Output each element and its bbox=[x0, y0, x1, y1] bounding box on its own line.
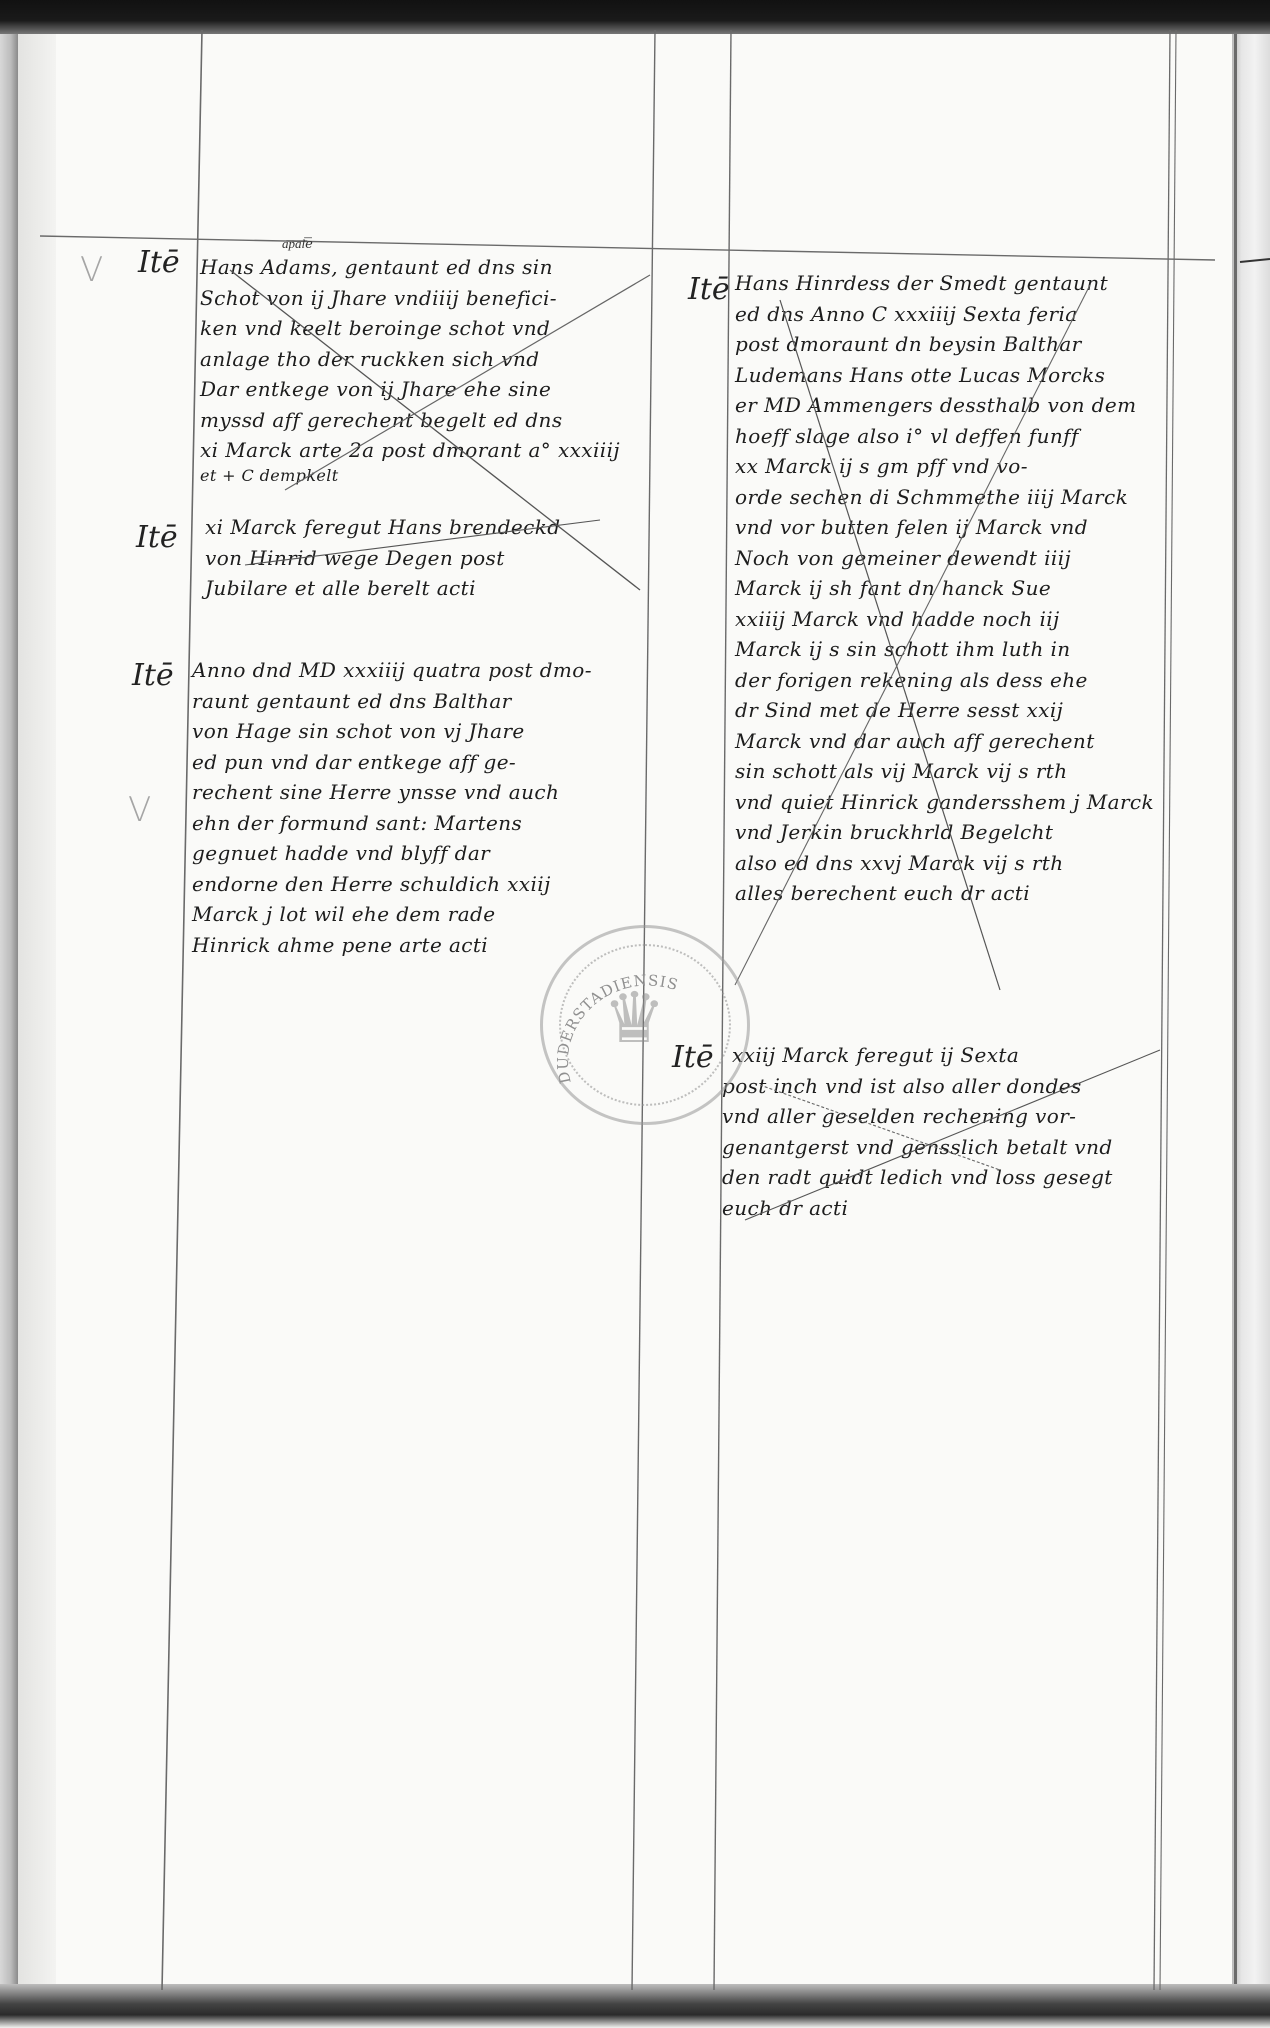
ledger-entry: Hans Hinrdess der Smedt gentaunt ed dns … bbox=[735, 268, 1154, 909]
entry-line: xxiij Marck feregut ij Sexta bbox=[722, 1040, 1113, 1071]
margin-check-mark: V bbox=[128, 790, 151, 830]
entry-line: vnd quiet Hinrick gandersshem j Marck bbox=[735, 787, 1154, 818]
manuscript-scan: V V Itē a͞p͞a͞l͞e Hans Adams, gentaunt e… bbox=[0, 0, 1270, 2028]
entry-line: ed dns Anno C xxxiiij Sexta feria bbox=[735, 299, 1154, 330]
entry-line: gegnuet hadde vnd blyff dar bbox=[192, 838, 592, 869]
entry-line: vnd Jerkin bruckhrld Begelcht bbox=[735, 817, 1154, 848]
entry-line: der forigen rekening als dess ehe bbox=[735, 665, 1154, 696]
ledger-entry: Hans Adams, gentaunt ed dns sin Schot vo… bbox=[200, 252, 620, 486]
entry-line: alles berechent euch dr acti bbox=[735, 878, 1154, 909]
entry-line: Ludemans Hans otte Lucas Morcks bbox=[735, 360, 1154, 391]
entry-line: xx Marck ij s gm pff vnd vo- bbox=[735, 451, 1154, 482]
entry-line: xi Marck feregut Hans brendeckd bbox=[205, 512, 561, 543]
item-mark: Itē bbox=[132, 658, 174, 693]
entry-line: et + C dempkelt bbox=[200, 466, 620, 486]
entry-line: Hans Hinrdess der Smedt gentaunt bbox=[735, 268, 1154, 299]
entry-line: orde sechen di Schmmethe iiij Marck bbox=[735, 482, 1154, 513]
entry-line: endorne den Herre schuldich xxiij bbox=[192, 869, 592, 900]
interlinear-insertion: a͞p͞a͞l͞e bbox=[282, 236, 313, 252]
entry-line: Marck vnd dar auch aff gerechent bbox=[735, 726, 1154, 757]
entry-line: Marck ij s sin schott ihm luth in bbox=[735, 634, 1154, 665]
entry-line: Marck ij sh fant dn hanck Sue bbox=[735, 573, 1154, 604]
archive-seal-stamp: DUDERSTADIENSIS ♛ bbox=[540, 925, 750, 1125]
margin-check-mark: V bbox=[80, 250, 103, 290]
entry-line: von Hage sin schot von vj Jhare bbox=[192, 716, 592, 747]
entry-line: post dmoraunt dn beysin Balthar bbox=[735, 329, 1154, 360]
lion-icon: ♛ bbox=[603, 983, 666, 1053]
entry-line: post inch vnd ist also aller dondes bbox=[722, 1071, 1113, 1102]
entry-line: Dar entkege von ij Jhare ehe sine bbox=[200, 374, 620, 405]
entry-line: den radt quidt ledich vnd loss gesegt bbox=[722, 1162, 1113, 1193]
entry-line: dr Sind met de Herre sesst xxij bbox=[735, 695, 1154, 726]
entry-line: anlage tho der ruckken sich vnd bbox=[200, 344, 620, 375]
entry-line: vnd aller geselden rechening vor- bbox=[722, 1101, 1113, 1132]
entry-line: ehn der formund sant: Martens bbox=[192, 808, 592, 839]
ledger-entry: Anno dnd MD xxxiiij quatra post dmo- rau… bbox=[192, 655, 592, 960]
entry-line: von Hinrid wege Degen post bbox=[205, 543, 561, 574]
entry-line: ken vnd keelt beroinge schot vnd bbox=[200, 313, 620, 344]
entry-line: vnd vor butten felen ij Marck vnd bbox=[735, 512, 1154, 543]
entry-line: Noch von gemeiner dewendt iiij bbox=[735, 543, 1154, 574]
ledger-entry: xi Marck feregut Hans brendeckd von Hinr… bbox=[205, 512, 561, 604]
item-mark: Itē bbox=[136, 520, 178, 555]
entry-line: raunt gentaunt ed dns Balthar bbox=[192, 686, 592, 717]
entry-line: Schot von ij Jhare vndiiij benefici- bbox=[200, 283, 620, 314]
entry-line: xi Marck arte 2a post dmorant a° xxxiiij bbox=[200, 435, 620, 466]
entry-line: Anno dnd MD xxxiiij quatra post dmo- bbox=[192, 655, 592, 686]
entry-line: Jubilare et alle berelt acti bbox=[205, 573, 561, 604]
entry-line: er MD Ammengers dessthalb von dem bbox=[735, 390, 1154, 421]
entry-line: xxiiij Marck vnd hadde noch iij bbox=[735, 604, 1154, 635]
entry-line: ed pun vnd dar entkege aff ge- bbox=[192, 747, 592, 778]
entry-line: genantgerst vnd gensslich betalt vnd bbox=[722, 1132, 1113, 1163]
entry-line: Marck j lot wil ehe dem rade bbox=[192, 899, 592, 930]
entry-line: hoeff slage also i° vl deffen funff bbox=[735, 421, 1154, 452]
entry-line: euch dr acti bbox=[722, 1193, 1113, 1224]
item-mark: Itē bbox=[138, 245, 180, 280]
entry-line: Hans Adams, gentaunt ed dns sin bbox=[200, 252, 620, 283]
entry-line: also ed dns xxvj Marck vij s rth bbox=[735, 848, 1154, 879]
entry-line: sin schott als vij Marck vij s rth bbox=[735, 756, 1154, 787]
entry-line: rechent sine Herre ynsse vnd auch bbox=[192, 777, 592, 808]
entry-line: Hinrick ahme pene arte acti bbox=[192, 930, 592, 961]
entry-line: myssd aff gerechent begelt ed dns bbox=[200, 405, 620, 436]
ledger-entry: xxiij Marck feregut ij Sexta post inch v… bbox=[722, 1040, 1113, 1223]
item-mark: Itē bbox=[688, 272, 730, 307]
